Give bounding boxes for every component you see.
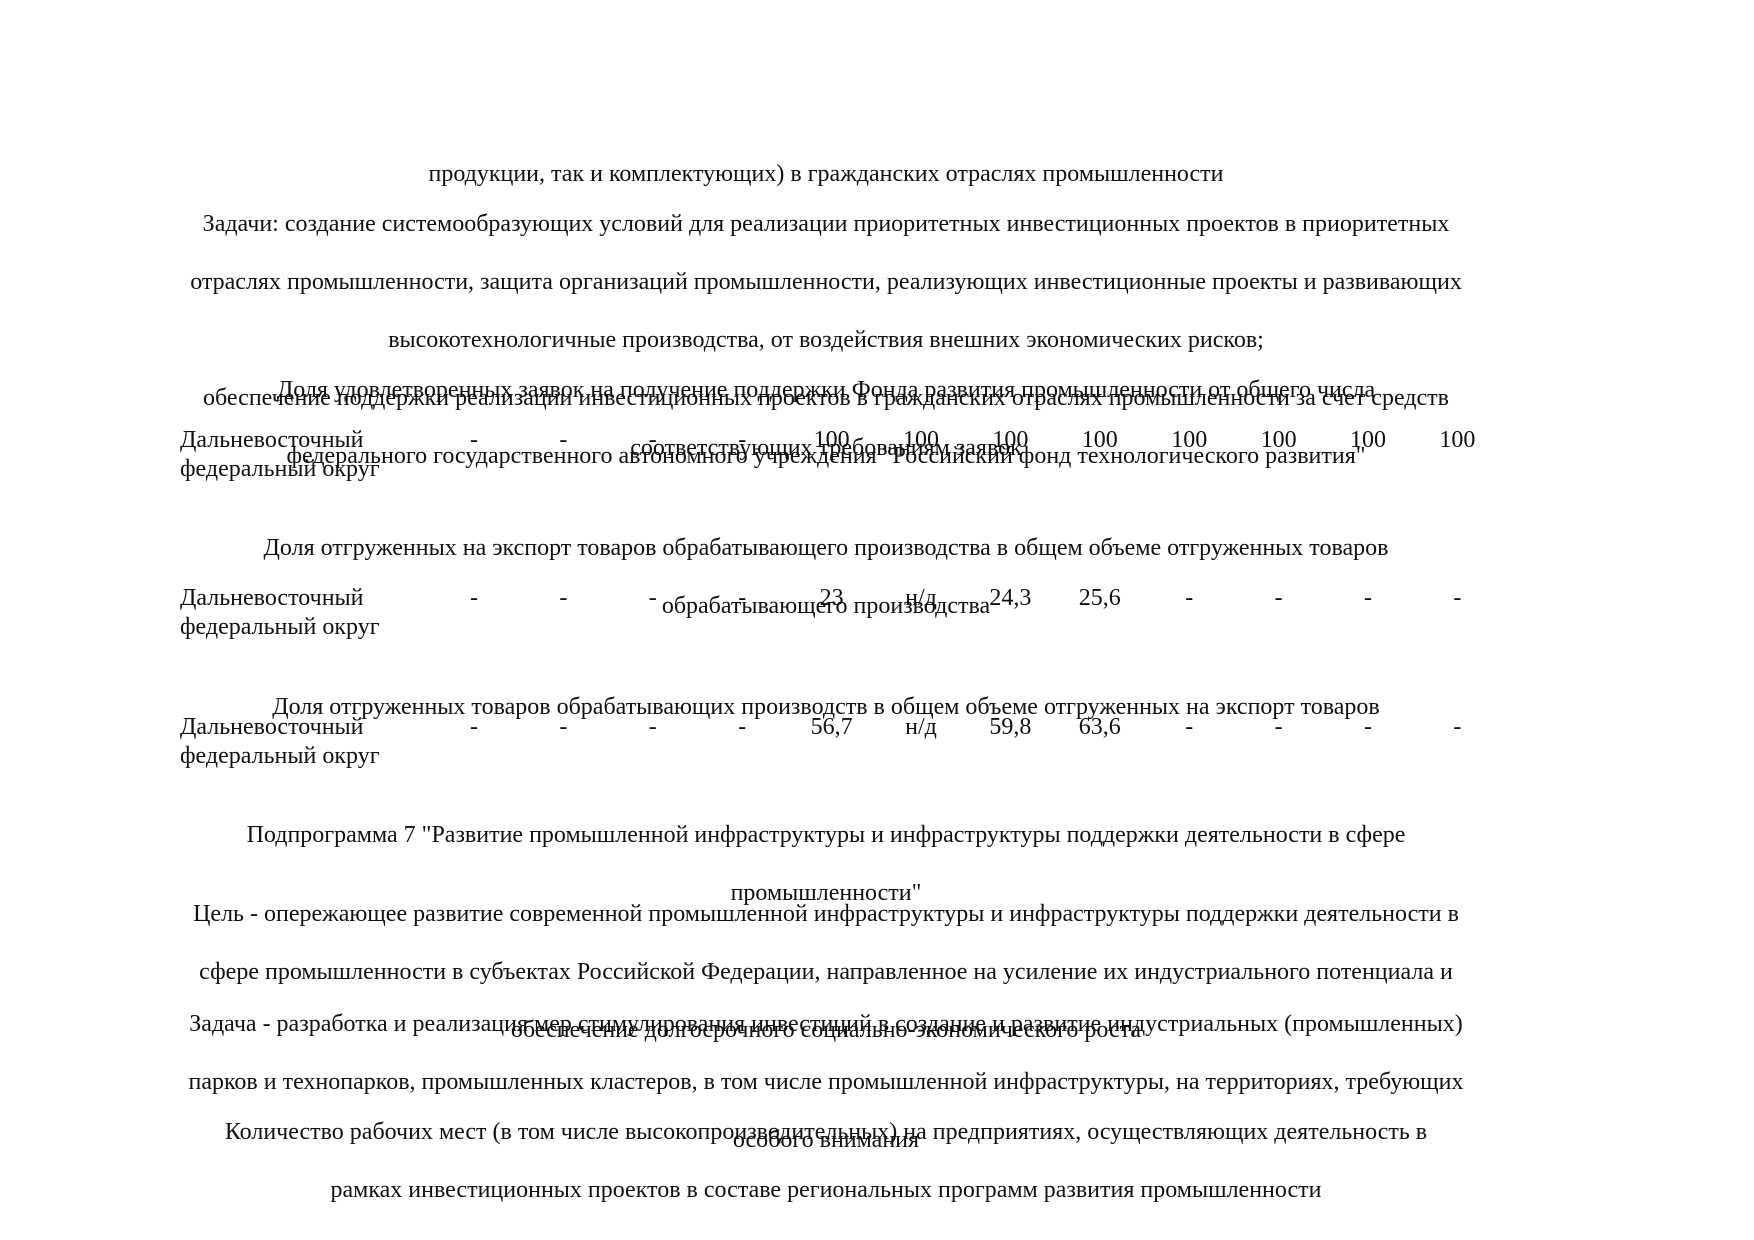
value-cell: 25,6 — [1060, 584, 1140, 613]
value-cell: - — [1417, 584, 1497, 613]
region-line: Дальневосточный — [180, 713, 440, 742]
value-cell: - — [1239, 584, 1319, 613]
document-page: продукции, так и комплектующих) в гражда… — [0, 0, 1754, 1240]
value-cell: - — [613, 426, 693, 455]
value-cell: 100 — [1417, 426, 1497, 455]
region-line: Дальневосточный — [180, 426, 440, 455]
text-line: отраслях промышленности, защита организа… — [140, 268, 1512, 297]
table-row: Дальневосточный федеральный округ ----10… — [0, 426, 1754, 486]
value-cell: - — [1239, 713, 1319, 742]
value-cell: - — [434, 426, 514, 455]
value-cell: - — [1328, 713, 1408, 742]
table-row: Дальневосточный федеральный округ ----56… — [0, 713, 1754, 773]
text-line: Задачи: создание системообразующих услов… — [140, 210, 1512, 239]
value-cell: - — [523, 713, 603, 742]
value-cell: - — [702, 713, 782, 742]
region-label: Дальневосточный федеральный округ — [180, 584, 440, 642]
value-cell: 63,6 — [1060, 713, 1140, 742]
value-cell: 59,8 — [970, 713, 1050, 742]
value-cell: 56,7 — [792, 713, 872, 742]
value-cell: - — [702, 426, 782, 455]
table-row: Дальневосточный федеральный округ ----23… — [0, 584, 1754, 644]
value-cell: - — [523, 584, 603, 613]
value-cell: 100 — [1239, 426, 1319, 455]
value-cell: н/д — [881, 584, 961, 613]
value-cell: 100 — [1328, 426, 1408, 455]
value-cell: - — [613, 584, 693, 613]
region-line: федеральный округ — [180, 742, 440, 771]
text-line: Задача - разработка и реализация мер сти… — [140, 1010, 1512, 1039]
text-line: Доля удовлетворенных заявок на получение… — [140, 376, 1512, 405]
value-cell: н/д — [881, 713, 961, 742]
text-line: рамках инвестиционных проектов в составе… — [140, 1176, 1512, 1205]
region-label: Дальневосточный федеральный округ — [180, 426, 440, 484]
value-cell: 100 — [970, 426, 1050, 455]
value-cell: - — [434, 584, 514, 613]
value-cell: 100 — [1149, 426, 1229, 455]
text-line: Цель - опережающее развитие современной … — [140, 900, 1512, 929]
value-cell: - — [1417, 713, 1497, 742]
value-cell: - — [702, 584, 782, 613]
text-line: Доля отгруженных на экспорт товаров обра… — [140, 534, 1512, 563]
text-line: Количество рабочих мест (в том числе выс… — [140, 1118, 1512, 1147]
value-cell: 100 — [881, 426, 961, 455]
value-cell: - — [1328, 584, 1408, 613]
value-cell: 100 — [792, 426, 872, 455]
region-line: федеральный округ — [180, 455, 440, 484]
value-cell: - — [1149, 584, 1229, 613]
value-cell: - — [1149, 713, 1229, 742]
value-cell: - — [523, 426, 603, 455]
value-cell: 23 — [792, 584, 872, 613]
value-cell: - — [434, 713, 514, 742]
value-cell: 24,3 — [970, 584, 1050, 613]
region-line: федеральный округ — [180, 613, 440, 642]
text-line: Подпрограмма 7 "Развитие промышленной ин… — [140, 821, 1512, 850]
region-label: Дальневосточный федеральный округ — [180, 713, 440, 771]
region-line: Дальневосточный — [180, 584, 440, 613]
value-cell: 100 — [1060, 426, 1140, 455]
subprogram-indicator-title: Количество рабочих мест (в том числе выс… — [140, 1089, 1512, 1234]
value-cell: - — [613, 713, 693, 742]
